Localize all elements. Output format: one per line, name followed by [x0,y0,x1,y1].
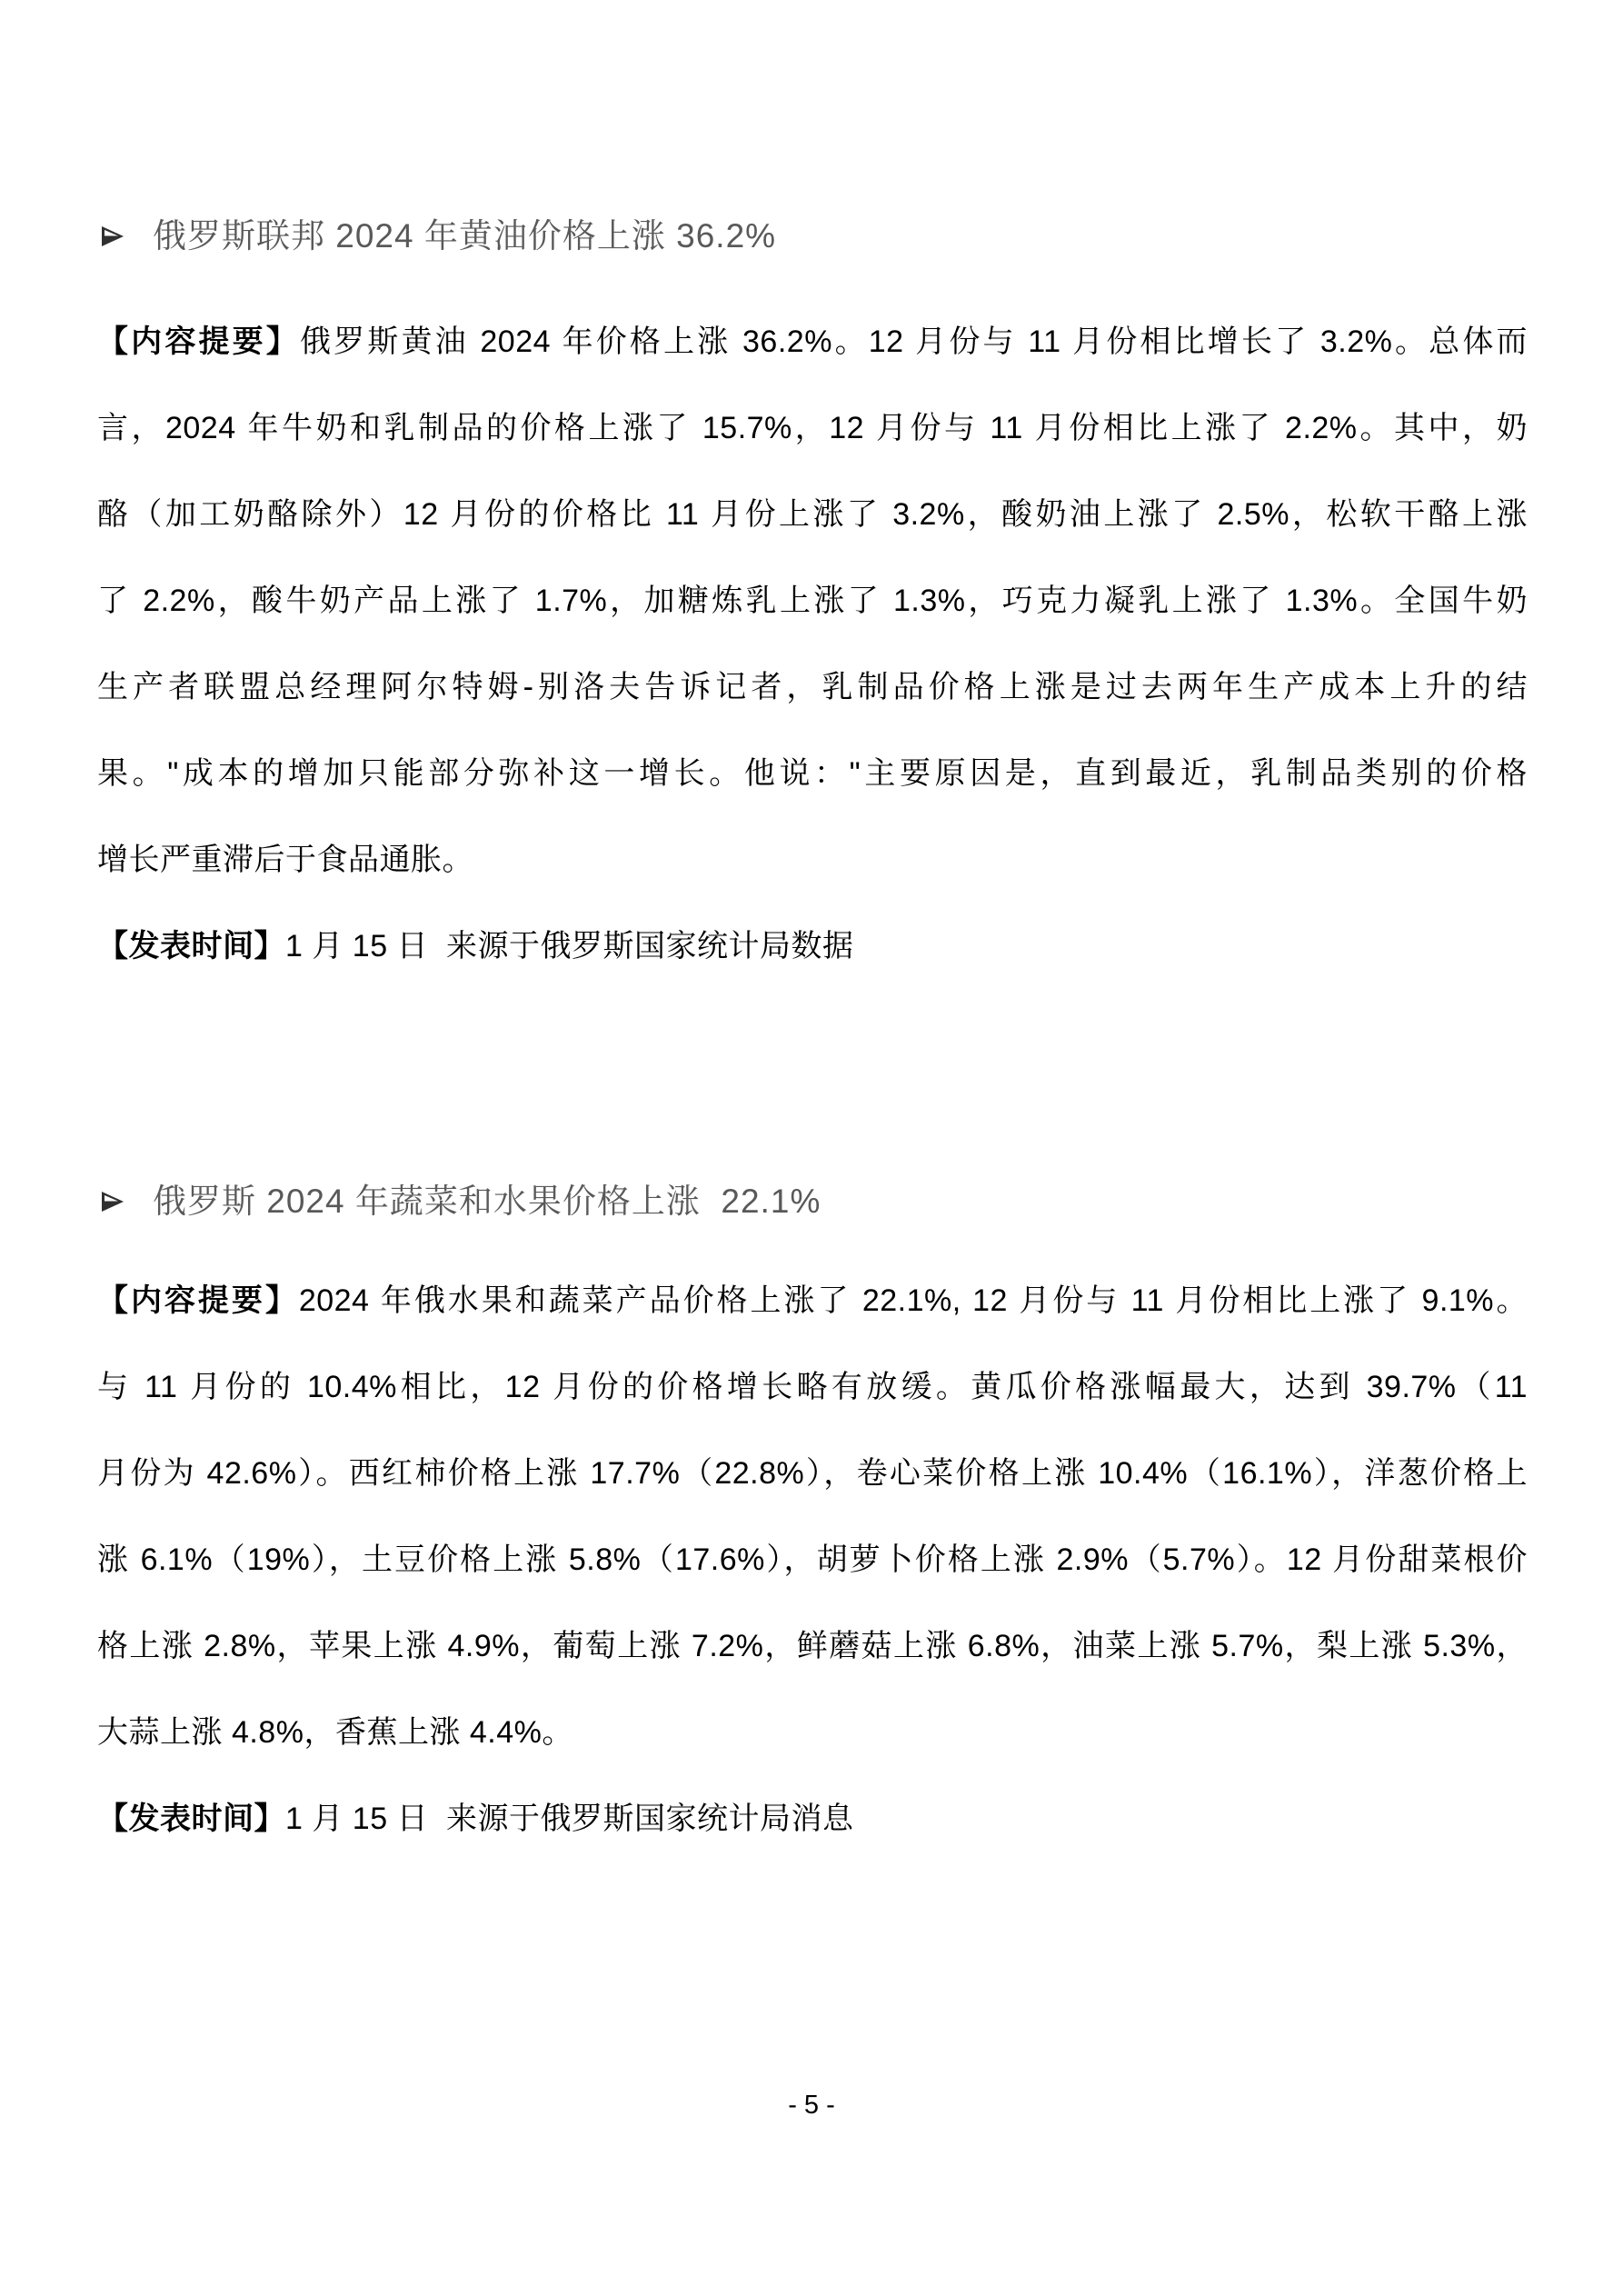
section-2-body: 【内容提要】2024 年俄水果和蔬菜产品价格上涨了 22.1%, 12 月份与 … [97,1258,1528,1862]
body-line: 生产者联盟总经理阿尔特姆-别洛夫告诉记者，乳制品价格上涨是过去两年生产成本上升的… [97,644,1528,731]
section-1-body: 【内容提要】俄罗斯黄油 2024 年价格上涨 36.2%。12 月份与 11 月… [97,299,1528,990]
page-number: - 5 - [0,2087,1623,2123]
publish-label: 【发表时间】 [97,1802,285,1836]
section-2-title: 俄罗斯 2024 年蔬菜和水果价格上涨 22.1% [153,1174,821,1229]
body-line: 与 11 月份的 10.4%相比，12 月份的价格增长略有放缓。黄瓜价格涨幅最大… [97,1344,1528,1431]
section-1-title: 俄罗斯联邦 2024 年黄油价格上涨 36.2% [153,209,776,264]
body-line: 果。"成本的增加只能部分弥补这一增长。他说："主要原因是，直到最近，乳制品类别的… [97,731,1528,817]
body-line: 【内容提要】2024 年俄水果和蔬菜产品价格上涨了 22.1%, 12 月份与 … [97,1258,1528,1344]
body-line: 增长严重滞后于食品通胀。 [97,817,1528,903]
publish-text: 1 月 15 日 来源于俄罗斯国家统计局消息 [285,1802,853,1836]
arrowhead-bullet-icon [100,224,125,249]
summary-label: 【内容提要】 [97,1283,299,1318]
section-2-heading: 俄罗斯 2024 年蔬菜和水果价格上涨 22.1% [100,1174,821,1229]
body-line: 涨 6.1%（19%），土豆价格上涨 5.8%（17.6%），胡萝卜价格上涨 2… [97,1517,1528,1603]
body-line: 言，2024 年牛奶和乳制品的价格上涨了 15.7%，12 月份与 11 月份相… [97,385,1528,472]
summary-label: 【内容提要】 [97,324,300,359]
publish-text: 1 月 15 日 来源于俄罗斯国家统计局数据 [285,929,853,963]
publish-line: 【发表时间】1 月 15 日 来源于俄罗斯国家统计局数据 [97,903,1528,990]
body-text: 2024 年俄水果和蔬菜产品价格上涨了 22.1%, 12 月份与 11 月份相… [299,1283,1528,1318]
section-1-heading: 俄罗斯联邦 2024 年黄油价格上涨 36.2% [100,209,776,264]
body-line: 酪（加工奶酪除外）12 月份的价格比 11 月份上涨了 3.2%，酸奶油上涨了 … [97,472,1528,558]
body-line: 格上涨 2.8%，苹果上涨 4.9%，葡萄上涨 7.2%，鲜蘑菇上涨 6.8%，… [97,1603,1528,1690]
publish-label: 【发表时间】 [97,929,285,963]
body-line: 大蒜上涨 4.8%，香蕉上涨 4.4%。 [97,1690,1528,1776]
document-page: 俄罗斯联邦 2024 年黄油价格上涨 36.2% 【内容提要】俄罗斯黄油 202… [0,0,1623,2296]
body-line: 月份为 42.6%）。西红柿价格上涨 17.7%（22.8%），卷心菜价格上涨 … [97,1431,1528,1517]
arrowhead-bullet-icon [100,1189,125,1214]
body-line: 了 2.2%，酸牛奶产品上涨了 1.7%，加糖炼乳上涨了 1.3%，巧克力凝乳上… [97,558,1528,644]
body-text: 俄罗斯黄油 2024 年价格上涨 36.2%。12 月份与 11 月份相比增长了… [300,324,1528,359]
publish-line: 【发表时间】1 月 15 日 来源于俄罗斯国家统计局消息 [97,1776,1528,1862]
body-line: 【内容提要】俄罗斯黄油 2024 年价格上涨 36.2%。12 月份与 11 月… [97,299,1528,385]
